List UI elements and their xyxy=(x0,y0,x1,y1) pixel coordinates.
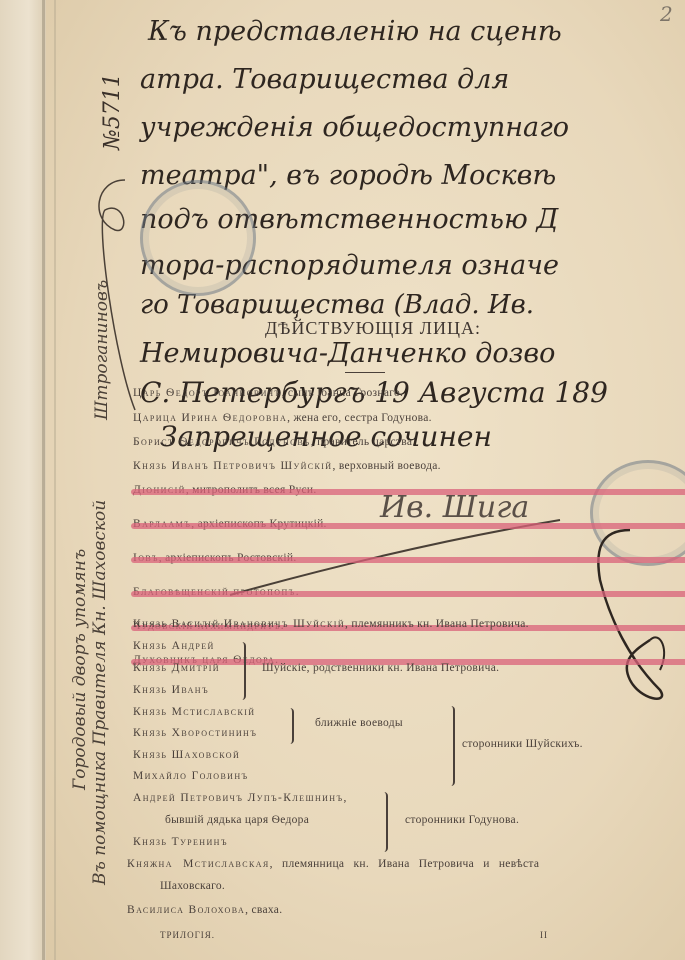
character-line: Князь Василій Ивановичъ Шуйскій, племянн… xyxy=(133,618,529,630)
running-footer-title: ТРИЛОГІЯ. xyxy=(160,930,215,940)
character-line: Княжна Мстиславская, племянница кн. Иван… xyxy=(127,858,539,870)
handwritten-line-1: Къ представленію на сценѣ xyxy=(148,16,562,47)
document-page xyxy=(46,0,685,960)
shuisky-group-name: Князь Андрей xyxy=(133,640,215,652)
handwritten-line-8: Немировича-Данченко дозво xyxy=(140,338,555,369)
supporters-shuisky-name: Князь Шаховской xyxy=(133,749,240,761)
godunov-group-label: сторонники Годунова. xyxy=(405,814,519,826)
voevody-group-name: Князь Хворостининъ xyxy=(133,727,257,739)
shuisky-group-name: Князь Дмитрій xyxy=(133,662,220,674)
character-line-struck: Благовѣщенскій протопопъ. xyxy=(133,586,685,598)
book-binding-edge xyxy=(0,0,48,960)
character-line: Царица Ирина Ѳедоровна, жена его, сестра… xyxy=(133,412,432,424)
flourish-signature-icon xyxy=(200,500,685,730)
character-line: Князь Иванъ Петровичъ Шуйскій, верховный… xyxy=(133,460,441,472)
shuisky-group-brace xyxy=(238,642,246,700)
godunov-supporter-desc: бывшій дядька царя Ѳедора xyxy=(165,814,309,826)
binding-fold-line xyxy=(42,0,45,960)
godunov-supporter-name: Князь Туренинъ xyxy=(133,836,228,848)
voevody-group-label: ближніе воеводы xyxy=(315,717,403,729)
character-line-continuation: Шаховскаго. xyxy=(160,880,225,892)
character-line: Василиса Волохова, сваха. xyxy=(127,904,282,916)
character-line-struck: Варлаамъ, архіепископъ Крутицкій. xyxy=(133,518,685,530)
page-edge-line xyxy=(54,0,56,960)
handwritten-line-2: атра. Товарищества для xyxy=(140,64,509,95)
shuisky-group-label: Шуйскіе, родственники кн. Ивана Петрович… xyxy=(262,662,499,674)
supporters-shuisky-label: сторонники Шуйскихъ. xyxy=(462,738,583,750)
character-line-struck: Діонисій, митрополитъ всея Руси. xyxy=(133,484,685,496)
character-line: Царь Ѳедоръ Іоанновичъ, сынъ Іоанна Гроз… xyxy=(133,387,403,399)
supporters-shuisky-name: Михайло Головинъ xyxy=(133,770,249,782)
margin-note-1: Городовый дворъ упомянъ xyxy=(70,549,90,790)
character-line-struck: Іовъ, архіепископъ Ростовскій. xyxy=(133,552,685,564)
title-rule xyxy=(345,372,385,373)
voevody-group-name: Князь Мстиславскій xyxy=(133,706,255,718)
margin-note-3: Штроганиновъ xyxy=(92,280,112,420)
shuisky-group-name: Князь Иванъ xyxy=(133,684,209,696)
godunov-group-brace xyxy=(380,792,388,852)
margin-note-2: Въ помощника Правителя Кн. Шаховской xyxy=(90,500,110,885)
page-signature-number: II xyxy=(540,930,548,940)
handwritten-line-3: учрежденія общедоступнаго xyxy=(140,112,569,143)
dramatis-personae-title: ДѢЙСТВУЮЩІЯ ЛИЦА: xyxy=(265,318,481,339)
corner-page-number: 2 xyxy=(660,2,673,26)
voevody-group-brace xyxy=(286,708,294,744)
supporters-shuisky-brace xyxy=(447,706,455,786)
godunov-supporter-name: Андрей Петровичъ Лупъ-Клешнинъ, xyxy=(133,792,348,804)
official-stamp-left xyxy=(140,180,256,296)
archive-number: №5711 xyxy=(100,73,125,150)
character-line: Борисъ Ѳедоровичъ Годуновъ, правитель ца… xyxy=(133,436,415,448)
